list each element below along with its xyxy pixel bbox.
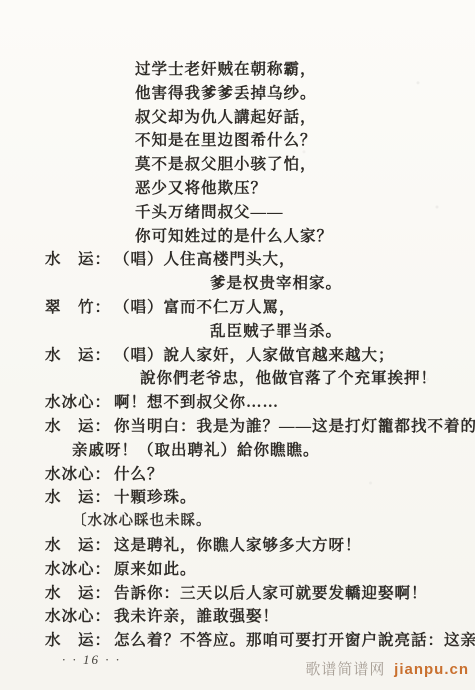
script-line: 爹是权贵宰相家。	[45, 272, 469, 296]
script-line: 水冰心：我未许亲，誰敢强娶！	[45, 605, 469, 629]
script-line: 莫不是叔父胆小骇了怕，	[45, 153, 469, 177]
script-line: 你可知姓过的是什么人家？	[45, 225, 469, 249]
script-line: 亲戚呀！（取出聘礼）給你瞧瞧。	[45, 439, 469, 463]
line-text: 告訴你：三天以后人家可就要发轎迎娶啊！	[114, 585, 428, 602]
line-text: 原来如此。	[114, 561, 197, 578]
script-line: 水 运：告訴你：三天以后人家可就要发轎迎娶啊！	[45, 582, 469, 606]
script-line: 翠 竹：（唱）富而不仁万人罵，	[45, 296, 469, 320]
script-line: 他害得我爹爹丢掉乌纱。	[45, 82, 469, 106]
script-line: 水 运：（唱）說人家奸，人家做官越来越大；	[45, 344, 469, 368]
line-text: （唱）說人家奸，人家做官越来越大；	[114, 347, 395, 364]
speaker-name: 水 运：	[45, 534, 111, 558]
page-footer: · · 16 · · 歌谱简谱网 jianpu.cn	[0, 648, 475, 682]
script-page: 过学士老奸贼在朝称霸，他害得我爹爹丢掉乌纱。叔父却为仇人講起好話，不知是在里边图…	[0, 0, 475, 690]
line-text: （唱）人住高楼門头大，	[114, 251, 296, 268]
script-lines-container: 过学士老奸贼在朝称霸，他害得我爹爹丢掉乌纱。叔父却为仇人講起好話，不知是在里边图…	[45, 58, 469, 653]
script-line: 水冰心：原来如此。	[45, 558, 469, 582]
speaker-name: 翠 竹：	[45, 296, 111, 320]
script-line: 說你們老爷忠，他做官落了个充軍挨押！	[45, 367, 469, 391]
line-text: 啊！想不到叔父你……	[114, 394, 279, 411]
speaker-name: 水 运：	[45, 415, 111, 439]
line-text: 十顆珍珠。	[114, 489, 197, 506]
script-line: 恶少又将他欺压？	[45, 177, 469, 201]
line-text: 这是聘礼，你瞧人家够多大方呀！	[114, 537, 362, 554]
script-line: 水冰心：啊！想不到叔父你……	[45, 391, 469, 415]
speaker-name: 水冰心：	[45, 463, 111, 487]
watermark-site-name: 歌谱简谱网	[305, 662, 385, 678]
speaker-name: 水冰心：	[45, 391, 111, 415]
line-text: 我未许亲，誰敢强娶！	[114, 608, 279, 625]
script-line: 水 运：（唱）人住高楼門头大，	[45, 248, 469, 272]
speaker-name: 水 运：	[45, 486, 111, 510]
speaker-name: 水 运：	[45, 582, 111, 606]
stage-direction-line: 〔水冰心睬也未睬。	[45, 510, 469, 534]
script-line: 不知是在里边图希什么？	[45, 129, 469, 153]
script-line: 叔父却为仇人講起好話，	[45, 106, 469, 130]
script-line: 水 运：十顆珍珠。	[45, 486, 469, 510]
script-line: 水 运：你当明白：我是为誰？——这是打灯籠都找不着的好	[45, 415, 469, 439]
speaker-name: 水冰心：	[45, 558, 111, 582]
watermark-site-url: jianpu.cn	[394, 661, 469, 678]
speaker-name: 水冰心：	[45, 605, 111, 629]
script-line: 水冰心：什么？	[45, 463, 469, 487]
speaker-name: 水 运：	[45, 344, 111, 368]
page-number: · · 16 · ·	[62, 652, 121, 668]
line-text: 你当明白：我是为誰？——这是打灯籠都找不着的好	[114, 418, 475, 435]
script-line: 千头万绪問叔父——	[45, 201, 469, 225]
script-line: 过学士老奸贼在朝称霸，	[45, 58, 469, 82]
watermark: 歌谱简谱网 jianpu.cn	[305, 658, 469, 679]
speaker-name: 水 运：	[45, 248, 111, 272]
script-line: 水 运：这是聘礼，你瞧人家够多大方呀！	[45, 534, 469, 558]
line-text: 怎么着？不答应。那咱可要打开窗户說亮話：这亲事	[114, 632, 475, 649]
script-line: 乱臣贼子罪当杀。	[45, 320, 469, 344]
line-text: 什么？	[114, 466, 164, 483]
line-text: （唱）富而不仁万人罵，	[114, 299, 296, 316]
